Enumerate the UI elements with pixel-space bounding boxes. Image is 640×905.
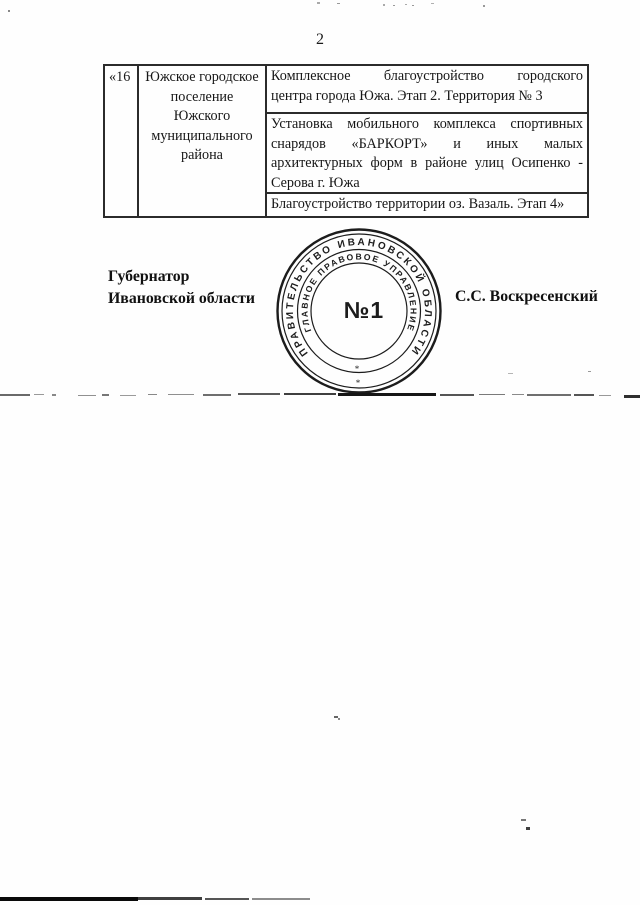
stamp-star-inner: *	[355, 364, 360, 374]
municipality-cell: Южское городскоепоселениеЮжскогомуниципа…	[139, 66, 267, 216]
text-line: центра города Южа. Этап 2. Территория № …	[271, 87, 583, 107]
text-line: архитектурных форм в районе улиц Осипенк…	[271, 154, 583, 174]
stamp-star-outer: *	[356, 378, 361, 388]
stamp-graphic: ПРАВИТЕЛЬСТВО ИВАНОВСКОЙ ОБЛАСТИ ГЛАВНОЕ…	[275, 227, 443, 395]
amendments-table: «16 Южское городскоепоселениеЮжскогомуни…	[103, 64, 589, 218]
signatory-name: С.С. Воскресенский	[455, 288, 598, 306]
page-number: 2	[0, 31, 640, 49]
text-line: снарядов «БАРКОРТ» и иных малых	[271, 135, 583, 155]
projects-column: Комплексное благоустройство городскогоце…	[267, 66, 587, 216]
text-line: Губернатор	[108, 266, 255, 288]
scanned-document-page: { "page": { "number": "2" }, "table": { …	[0, 0, 640, 905]
text-line: Южского	[141, 107, 263, 127]
text-line: Серова г. Южа	[271, 174, 583, 194]
text-line: поселение	[141, 88, 263, 108]
signatory-title: ГубернаторИвановской области	[108, 266, 255, 309]
stamp-number: №1	[344, 297, 384, 323]
row-number-cell: «16	[105, 66, 139, 216]
project-cell-2: Установка мобильного комплекса спортивны…	[267, 112, 587, 192]
text-line: Установка мобильного комплекса спортивны…	[271, 115, 583, 135]
text-line: Южское городское	[141, 68, 263, 88]
project-cell-1: Комплексное благоустройство городскогоце…	[267, 66, 587, 112]
text-line: муниципального	[141, 127, 263, 147]
text-line: Ивановской области	[108, 288, 255, 310]
official-stamp: ПРАВИТЕЛЬСТВО ИВАНОВСКОЙ ОБЛАСТИ ГЛАВНОЕ…	[275, 227, 443, 395]
project-cell-3: Благоустройство территории оз. Вазаль. Э…	[267, 192, 587, 216]
text-line: Комплексное благоустройство городского	[271, 67, 583, 87]
text-line: Благоустройство территории оз. Вазаль. Э…	[271, 195, 583, 215]
text-line: района	[141, 146, 263, 166]
